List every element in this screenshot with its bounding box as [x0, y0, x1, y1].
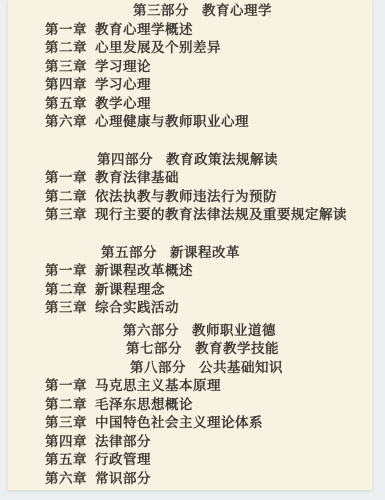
- chapter-number: 第三章: [45, 299, 87, 318]
- part-heading: 第五部分 新课程改革: [101, 244, 372, 263]
- chapter-number: 第三章: [45, 414, 87, 433]
- chapter-number: 第二章: [45, 281, 87, 300]
- chapter-title: 综合实践活动: [95, 299, 179, 318]
- part-heading: 第六部分 教师职业道德: [123, 322, 372, 341]
- chapter-number: 第二章: [45, 39, 87, 58]
- chapter-title: 心理健康与教师职业心理: [95, 113, 249, 132]
- chapter-row: 第一章 马克思主义基本原理: [45, 377, 372, 396]
- chapter-row: 第五章 教学心理: [45, 95, 372, 114]
- chapter-number: 第六章: [45, 113, 87, 132]
- part-number: 第七部分: [126, 340, 182, 359]
- chapter-title: 马克思主义基本原理: [95, 377, 221, 396]
- chapter-number: 第五章: [45, 451, 87, 470]
- chapter-number: 第五章: [45, 95, 87, 114]
- part-heading: 第八部分 公共基础知识: [130, 359, 372, 378]
- chapter-row: 第一章 教育法律基础: [45, 169, 372, 188]
- chapter-number: 第二章: [45, 396, 87, 415]
- chapter-title: 行政管理: [95, 451, 151, 470]
- chapter-row: 第五章 行政管理: [45, 451, 372, 470]
- toc-page: 第三部分 教育心理学 第一章 教育心理学概述 第二章 心里发展及个别差异 第三章…: [8, 0, 372, 490]
- chapter-title: 现行主要的教育法律法规及重要规定解读: [95, 206, 347, 225]
- part-title: 教育心理学: [202, 2, 272, 21]
- chapter-title: 心里发展及个别差异: [95, 39, 221, 58]
- chapter-title: 学习心理: [95, 76, 151, 95]
- chapter-number: 第三章: [45, 58, 87, 77]
- chapter-row: 第三章 综合实践活动: [45, 299, 372, 318]
- part-number: 第八部分: [130, 359, 186, 378]
- chapter-number: 第六章: [45, 470, 87, 489]
- part-title: 公共基础知识: [199, 359, 283, 378]
- chapter-number: 第一章: [45, 377, 87, 396]
- chapter-row: 第二章 心里发展及个别差异: [45, 39, 372, 58]
- part-heading: 第七部分 教育教学技能: [126, 340, 372, 359]
- chapter-title: 学习理论: [95, 58, 151, 77]
- part-number: 第六部分: [123, 322, 179, 341]
- chapter-row: 第二章 毛泽东思想概论: [45, 396, 372, 415]
- chapter-title: 中国特色社会主义理论体系: [95, 414, 263, 433]
- chapter-row: 第一章 新课程改革概述: [45, 262, 372, 281]
- chapter-row: 第三章 现行主要的教育法律法规及重要规定解读: [45, 206, 372, 225]
- chapter-number: 第二章: [45, 188, 87, 207]
- chapter-row: 第四章 法律部分: [45, 433, 372, 452]
- part-number: 第四部分: [97, 151, 153, 170]
- part-number: 第三部分: [133, 2, 189, 21]
- chapter-number: 第三章: [45, 206, 87, 225]
- part-title: 新课程改革: [170, 244, 240, 263]
- chapter-title: 法律部分: [95, 433, 151, 452]
- chapter-row: 第四章 学习心理: [45, 76, 372, 95]
- chapter-number: 第四章: [45, 76, 87, 95]
- chapter-title: 新课程理念: [95, 281, 165, 300]
- part-title: 教师职业道德: [192, 322, 276, 341]
- chapter-number: 第一章: [45, 21, 87, 40]
- chapter-title: 教育心理学概述: [95, 21, 193, 40]
- chapter-title: 毛泽东思想概论: [95, 396, 193, 415]
- chapter-number: 第四章: [45, 433, 87, 452]
- chapter-row: 第六章 心理健康与教师职业心理: [45, 113, 372, 132]
- chapter-row: 第二章 依法执教与教师违法行为预防: [45, 188, 372, 207]
- chapter-number: 第一章: [45, 262, 87, 281]
- part-number: 第五部分: [101, 244, 157, 263]
- chapter-title: 教学心理: [95, 95, 151, 114]
- part-heading: 第四部分 教育政策法规解读: [97, 151, 372, 170]
- part-title: 教育政策法规解读: [166, 151, 278, 170]
- chapter-title: 教育法律基础: [95, 169, 179, 188]
- part-heading: 第三部分 教育心理学: [133, 2, 372, 21]
- chapter-row: 第一章 教育心理学概述: [45, 21, 372, 40]
- chapter-title: 依法执教与教师违法行为预防: [95, 188, 277, 207]
- part-title: 教育教学技能: [195, 340, 279, 359]
- chapter-title: 新课程改革概述: [95, 262, 193, 281]
- chapter-title: 常识部分: [95, 470, 151, 489]
- chapter-row: 第三章 学习理论: [45, 58, 372, 77]
- chapter-row: 第六章 常识部分: [45, 470, 372, 489]
- chapter-row: 第二章 新课程理念: [45, 281, 372, 300]
- chapter-row: 第三章 中国特色社会主义理论体系: [45, 414, 372, 433]
- table-of-contents: 第三部分 教育心理学 第一章 教育心理学概述 第二章 心里发展及个别差异 第三章…: [8, 0, 372, 488]
- chapter-number: 第一章: [45, 169, 87, 188]
